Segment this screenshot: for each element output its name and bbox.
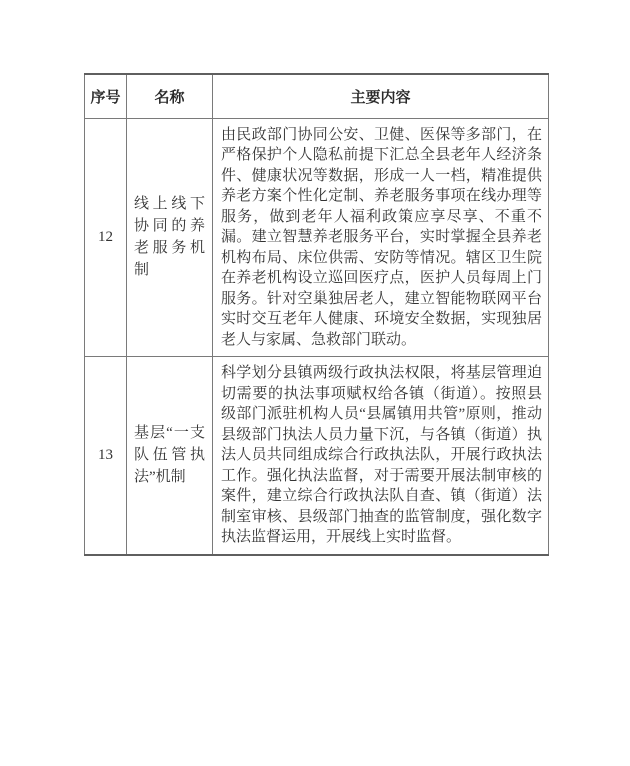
header-row: 序号 名称 主要内容 bbox=[85, 74, 549, 118]
row-name: 线上线下协同的养老服务机制 bbox=[127, 118, 213, 357]
table-header: 序号 名称 主要内容 bbox=[85, 74, 549, 118]
mechanism-table: 序号 名称 主要内容 12 线上线下协同的养老服务机制 由民政部门协同公安、卫健… bbox=[84, 73, 549, 556]
row-number: 12 bbox=[85, 118, 127, 357]
col-header-name: 名称 bbox=[127, 74, 213, 118]
col-header-number: 序号 bbox=[85, 74, 127, 118]
row-name: 基层“一支队伍管执法”机制 bbox=[127, 357, 213, 555]
row-number: 13 bbox=[85, 357, 127, 555]
col-header-content: 主要内容 bbox=[213, 74, 549, 118]
document-page: 序号 名称 主要内容 12 线上线下协同的养老服务机制 由民政部门协同公安、卫健… bbox=[0, 0, 630, 766]
table-row: 12 线上线下协同的养老服务机制 由民政部门协同公安、卫健、医保等多部门，在严格… bbox=[85, 118, 549, 357]
row-content: 科学划分县镇两级行政执法权限，将基层管理迫切需要的执法事项赋权给各镇（街道）。按… bbox=[213, 357, 549, 555]
table-body: 12 线上线下协同的养老服务机制 由民政部门协同公安、卫健、医保等多部门，在严格… bbox=[85, 118, 549, 555]
row-content: 由民政部门协同公安、卫健、医保等多部门，在严格保护个人隐私前提下汇总全县老年人经… bbox=[213, 118, 549, 357]
table-row: 13 基层“一支队伍管执法”机制 科学划分县镇两级行政执法权限，将基层管理迫切需… bbox=[85, 357, 549, 555]
